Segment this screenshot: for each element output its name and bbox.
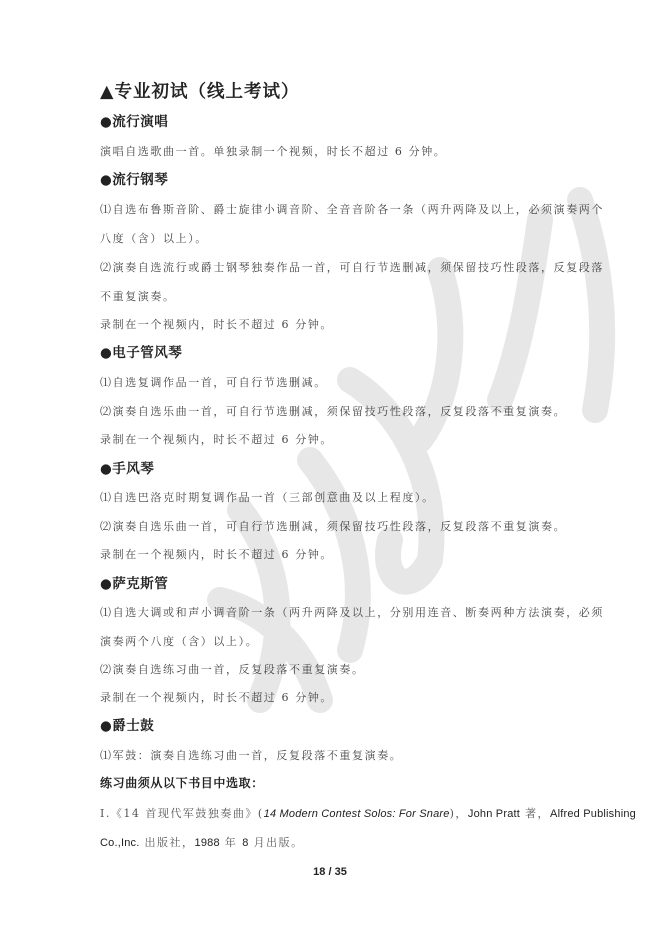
reference-year-suffix: 年 — [220, 836, 243, 849]
reference-author: John Pratt — [468, 808, 520, 820]
reference-author-suffix: 著， — [520, 807, 550, 820]
section-text: ⑵演奏自选练习曲一首，反复段落不重复演奏。 — [100, 661, 365, 677]
reference-month-suffix: 月出版。 — [249, 836, 304, 849]
reference-line-1: I.《14 首现代军鼓独奏曲》(14 Modern Contest Solos:… — [100, 805, 636, 821]
page-title: ▲专业初试（线上考试） — [100, 78, 299, 103]
section-text: ⑵演奏自选乐曲一首，可自行节选删减，须保留技巧性段落，反复段落不重复演奏。 — [100, 403, 566, 419]
reference-publisher-cont: Co.,Inc. — [100, 837, 140, 849]
section-heading-saxophone: ●萨克斯管 — [100, 572, 168, 592]
section-text: ⑴自选布鲁斯音阶、爵士旋律小调音阶、全音音阶各一条（两升两降及以上，必须演奏两个 — [100, 201, 604, 217]
section-text: 演唱自选歌曲一首。单独录制一个视频，时长不超过 6 分钟。 — [100, 143, 446, 159]
section-text: 录制在一个视频内，时长不超过 6 分钟。 — [100, 431, 333, 447]
section-heading-jazz-drums: ●爵士鼓 — [100, 714, 154, 734]
section-text: 录制在一个视频内，时长不超过 6 分钟。 — [100, 689, 333, 705]
reference-punct: )， — [450, 807, 468, 820]
section-text: 不重复演奏。 — [100, 288, 176, 304]
section-text: ⑴军鼓：演奏自选练习曲一首，反复段落不重复演奏。 — [100, 747, 402, 763]
etude-source-note: 练习曲须从以下书目中选取： — [100, 774, 264, 791]
reference-prefix: I.《14 首现代军鼓独奏曲》( — [100, 807, 264, 820]
section-text: ⑵演奏自选乐曲一首，可自行节选删减，须保留技巧性段落，反复段落不重复演奏。 — [100, 518, 566, 534]
section-heading-electone: ●电子管风琴 — [100, 341, 182, 361]
section-heading-pop-piano: ●流行钢琴 — [100, 168, 168, 188]
page-number: 18 / 35 — [0, 866, 660, 878]
section-heading-accordion: ●手风琴 — [100, 457, 154, 477]
section-text: 录制在一个视频内，时长不超过 6 分钟。 — [100, 316, 333, 332]
reference-publisher: Alfred Publishing — [550, 808, 636, 820]
reference-publisher-suffix: 出版社， — [140, 836, 195, 849]
section-text: ⑴自选大调或和声小调音阶一条（两升两降及以上，分别用连音、断奏两种方法演奏，必须 — [100, 604, 604, 620]
section-text: 八度（含）以上）。 — [100, 230, 208, 246]
section-text: ⑵演奏自选流行或爵士钢琴独奏作品一首，可自行节选删减，须保留技巧性段落，反复段落 — [100, 259, 604, 275]
section-text: ⑴自选巴洛克时期复调作品一首（三部创意曲及以上程度）。 — [100, 489, 435, 505]
reference-year: 1988 — [195, 837, 220, 849]
section-text: 演奏两个八度（含）以上）。 — [100, 633, 258, 649]
reference-line-2: Co.,Inc. 出版社，1988 年 8 月出版。 — [100, 834, 304, 850]
document-page: ▲专业初试（线上考试） ●流行演唱 演唱自选歌曲一首。单独录制一个视频，时长不超… — [0, 0, 660, 933]
section-text: 录制在一个视频内，时长不超过 6 分钟。 — [100, 546, 333, 562]
reference-english-title: 14 Modern Contest Solos: For Snare — [264, 808, 450, 820]
section-text: ⑴自选复调作品一首，可自行节选删减。 — [100, 374, 327, 390]
section-heading-pop-vocal: ●流行演唱 — [100, 110, 168, 130]
